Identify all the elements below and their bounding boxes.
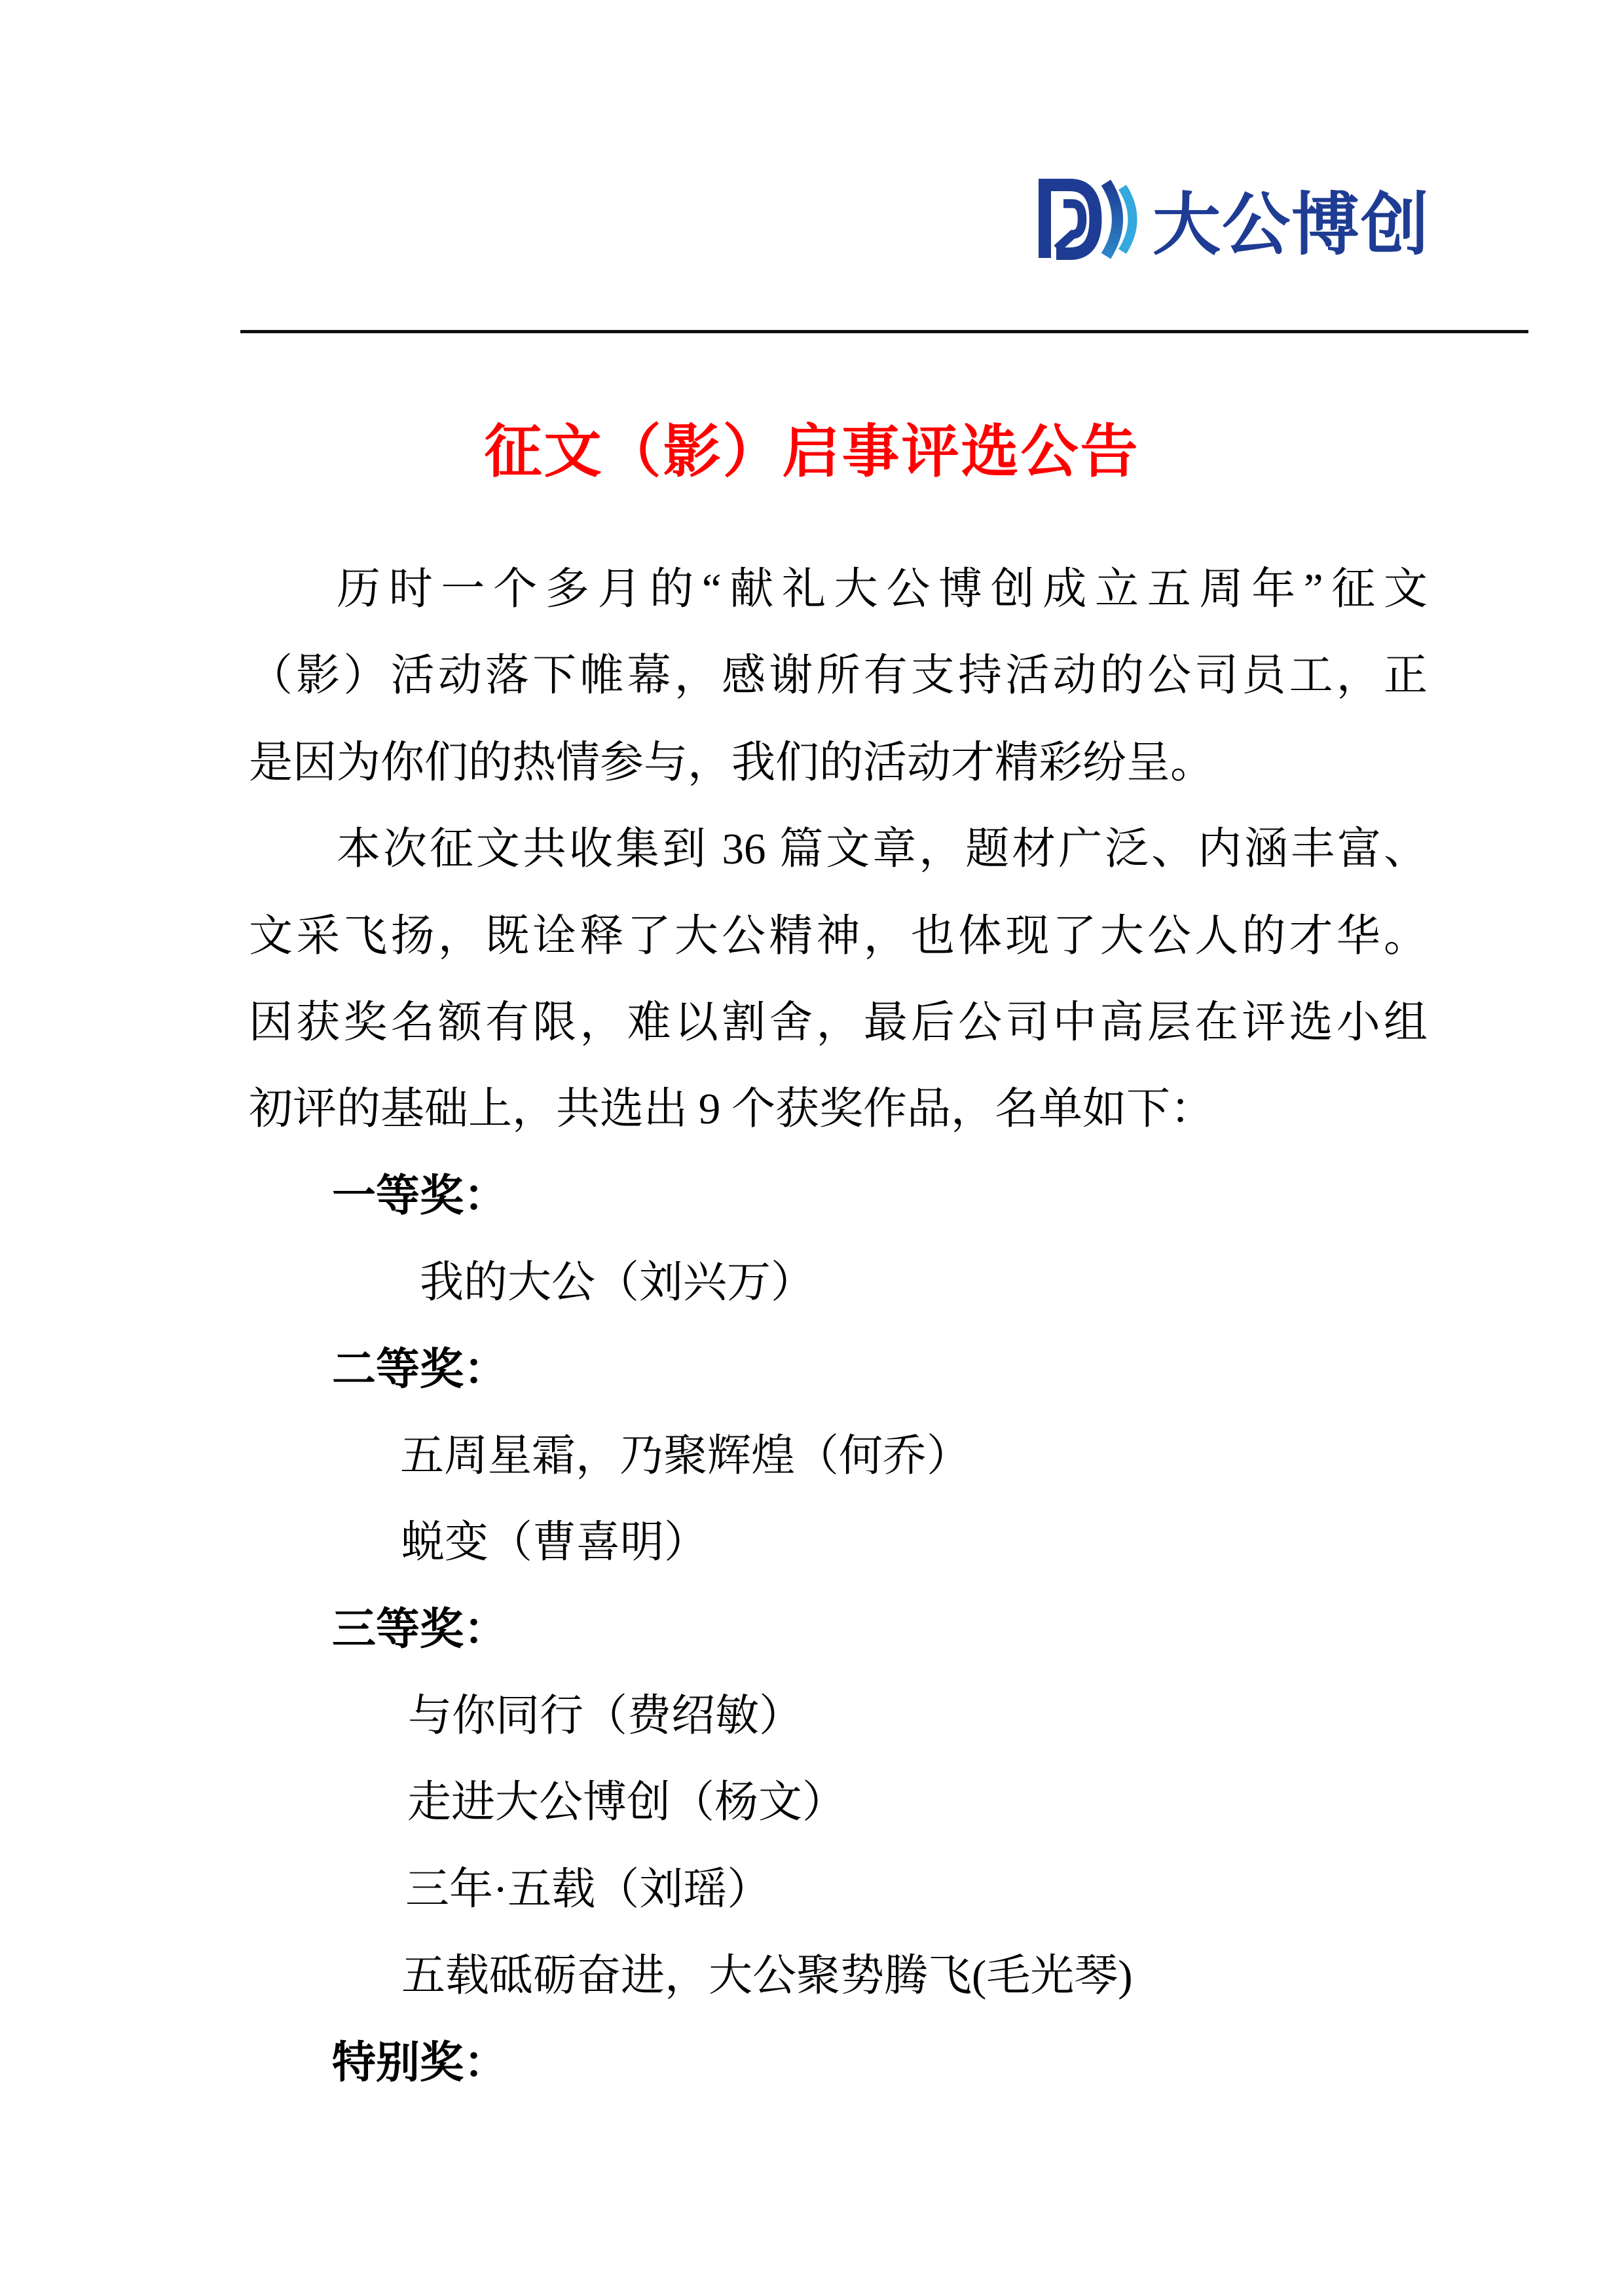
award-header: 一等奖： <box>249 1153 1428 1239</box>
paragraph-line: 本次征文共收集到 36 篇文章，题材广泛、内涵丰富、 <box>249 806 1428 892</box>
paragraph-line: 初评的基础上，共选出 9 个获奖作品，名单如下： <box>249 1066 1428 1152</box>
paragraph-line: 历时一个多月的“献礼大公博创成立五周年”征文 <box>249 546 1428 632</box>
company-logo-icon <box>1039 177 1138 275</box>
paragraph-line: 文采飞扬，既诠释了大公精神，也体现了大公人的才华。 <box>249 893 1428 979</box>
award-item: 五周星霜，乃聚辉煌（何乔） <box>249 1413 1428 1499</box>
paragraph-line: 是因为你们的热情参与，我们的活动才精彩纷呈。 <box>249 720 1428 806</box>
award-item: 我的大公（刘兴万） <box>249 1239 1428 1326</box>
document-body: 历时一个多月的“献礼大公博创成立五周年”征文（影）活动落下帷幕，感谢所有支持活动… <box>249 546 1428 2106</box>
award-item: 走进大公博创（杨文） <box>249 1759 1428 1846</box>
award-item: 蜕变（曹喜明） <box>249 1499 1428 1586</box>
company-logo: 大公博创 <box>1039 175 1445 280</box>
award-item: 与你同行（费绍敏） <box>249 1673 1428 1759</box>
paragraph-line: 因获奖名额有限，难以割舍，最后公司中高层在评选小组 <box>249 979 1428 1066</box>
award-item: 五载砥砺奋进，大公聚势腾飞(毛光琴) <box>249 1933 1428 2019</box>
document-page: 大公博创 征文（影）启事评选公告 历时一个多月的“献礼大公博创成立五周年”征文（… <box>0 0 1624 2296</box>
paragraph-line: （影）活动落下帷幕，感谢所有支持活动的公司员工，正 <box>249 632 1428 719</box>
award-item: 三年·五载（刘瑶） <box>249 1846 1428 1933</box>
award-header: 三等奖： <box>249 1586 1428 1673</box>
document-title: 征文（影）启事评选公告 <box>0 410 1624 496</box>
header-divider-line <box>240 330 1528 333</box>
award-header: 特别奖： <box>249 2020 1428 2106</box>
award-header: 二等奖： <box>249 1326 1428 1413</box>
company-logo-text: 大公博创 <box>1153 173 1430 278</box>
